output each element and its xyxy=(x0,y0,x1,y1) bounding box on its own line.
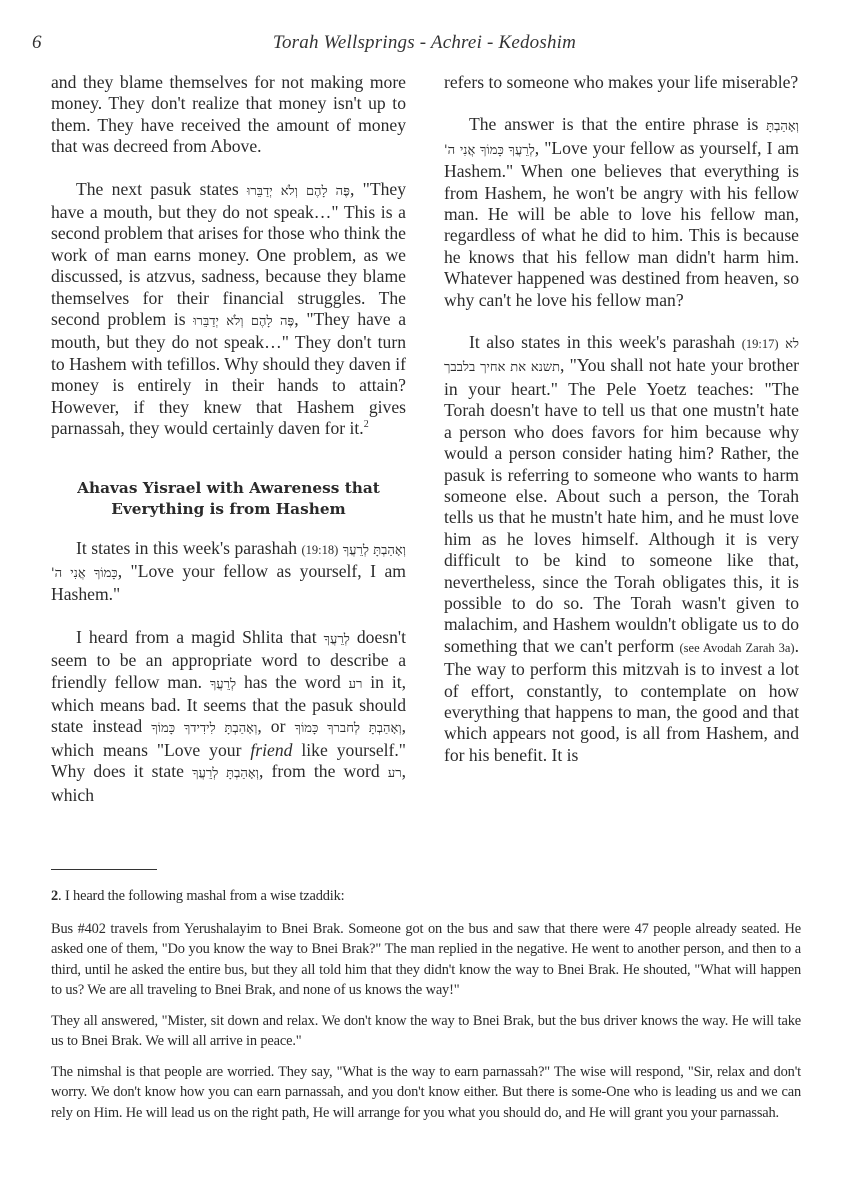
text-run: The answer is that the entire phrase is xyxy=(469,114,766,134)
hebrew-quote: פֶּה לָהֶם וְלֹא יְדַבֵּרוּ xyxy=(193,314,294,329)
section-heading: Ahavas Yisrael with Awareness that Every… xyxy=(51,478,406,520)
footnote-reference[interactable]: 2 xyxy=(364,419,369,430)
footnote-separator xyxy=(51,869,157,870)
paragraph: The answer is that the entire phrase is … xyxy=(444,114,799,311)
hebrew-word: רע xyxy=(349,677,363,692)
hebrew-quote: וְאָהַבְתָּ לְחברךָ כָּמוֹךָ xyxy=(295,721,402,736)
hebrew-quote: וְאָהַבְתָּ לְרֵעֲךָ xyxy=(192,766,259,781)
text-run: The next pasuk states xyxy=(76,179,247,199)
hebrew-word: רע xyxy=(388,766,402,781)
hebrew-quote: וְאָהַבְתָּ לִידִידךָ כָּמוֹךָ xyxy=(151,721,257,736)
hebrew-quote: פֶּה לָהֶם וְלֹא יְדַבֵּרוּ xyxy=(247,184,350,199)
left-column: and they blame themselves for not making… xyxy=(51,72,406,827)
italic-emphasis: friend xyxy=(250,740,292,760)
footnote-paragraph: Bus #402 travels from Yerushalayim to Bn… xyxy=(51,919,801,1001)
right-column: refers to someone who makes your life mi… xyxy=(444,72,799,787)
verse-reference: (19:18) xyxy=(301,543,338,557)
footnotes: 2. I heard the following mashal from a w… xyxy=(51,886,801,1133)
footnote-intro: 2. I heard the following mashal from a w… xyxy=(51,886,801,907)
text-run: . I heard the following mashal from a wi… xyxy=(58,888,344,904)
verse-reference: (19:17) xyxy=(742,337,779,351)
paragraph: It states in this week's parashah (19:18… xyxy=(51,538,406,606)
text-run: , or xyxy=(257,716,294,736)
paragraph: and they blame themselves for not making… xyxy=(51,72,406,158)
text-run: has the word xyxy=(236,672,349,692)
text-run: , "Love your fellow as yourself, I am Ha… xyxy=(444,138,799,310)
paragraph: I heard from a magid Shlita that לְרֵעֲך… xyxy=(51,627,406,806)
text-run: It states in this week's parashah xyxy=(76,538,301,558)
text-run: , from the word xyxy=(259,761,388,781)
paragraph: refers to someone who makes your life mi… xyxy=(444,72,799,93)
text-run: , "You shall not hate your brother in yo… xyxy=(444,355,799,655)
hebrew-word: לְרֵעֲךָ xyxy=(210,677,236,692)
footnote-number: 2 xyxy=(51,888,58,904)
footnote-paragraph: They all answered, "Mister, sit down and… xyxy=(51,1011,801,1052)
running-title: Torah Wellsprings - Achrei - Kedoshim xyxy=(32,32,817,54)
text-run: I heard from a magid Shlita that xyxy=(76,627,324,647)
document-page: 6 Torah Wellsprings - Achrei - Kedoshim … xyxy=(0,0,849,1200)
source-reference: (see Avodah Zarah 3a) xyxy=(680,641,795,655)
hebrew-word: לְרֵעֲךָ xyxy=(324,632,350,647)
text-run: It also states in this week's parashah xyxy=(469,332,742,352)
paragraph: The next pasuk states פֶּה לָהֶם וְלֹא י… xyxy=(51,179,406,440)
paragraph: It also states in this week's parashah (… xyxy=(444,332,799,766)
footnote-paragraph: The nimshal is that people are worried. … xyxy=(51,1062,801,1124)
running-header: 6 Torah Wellsprings - Achrei - Kedoshim xyxy=(32,30,817,60)
text-run: , "They have a mouth, but they do not sp… xyxy=(51,179,406,329)
